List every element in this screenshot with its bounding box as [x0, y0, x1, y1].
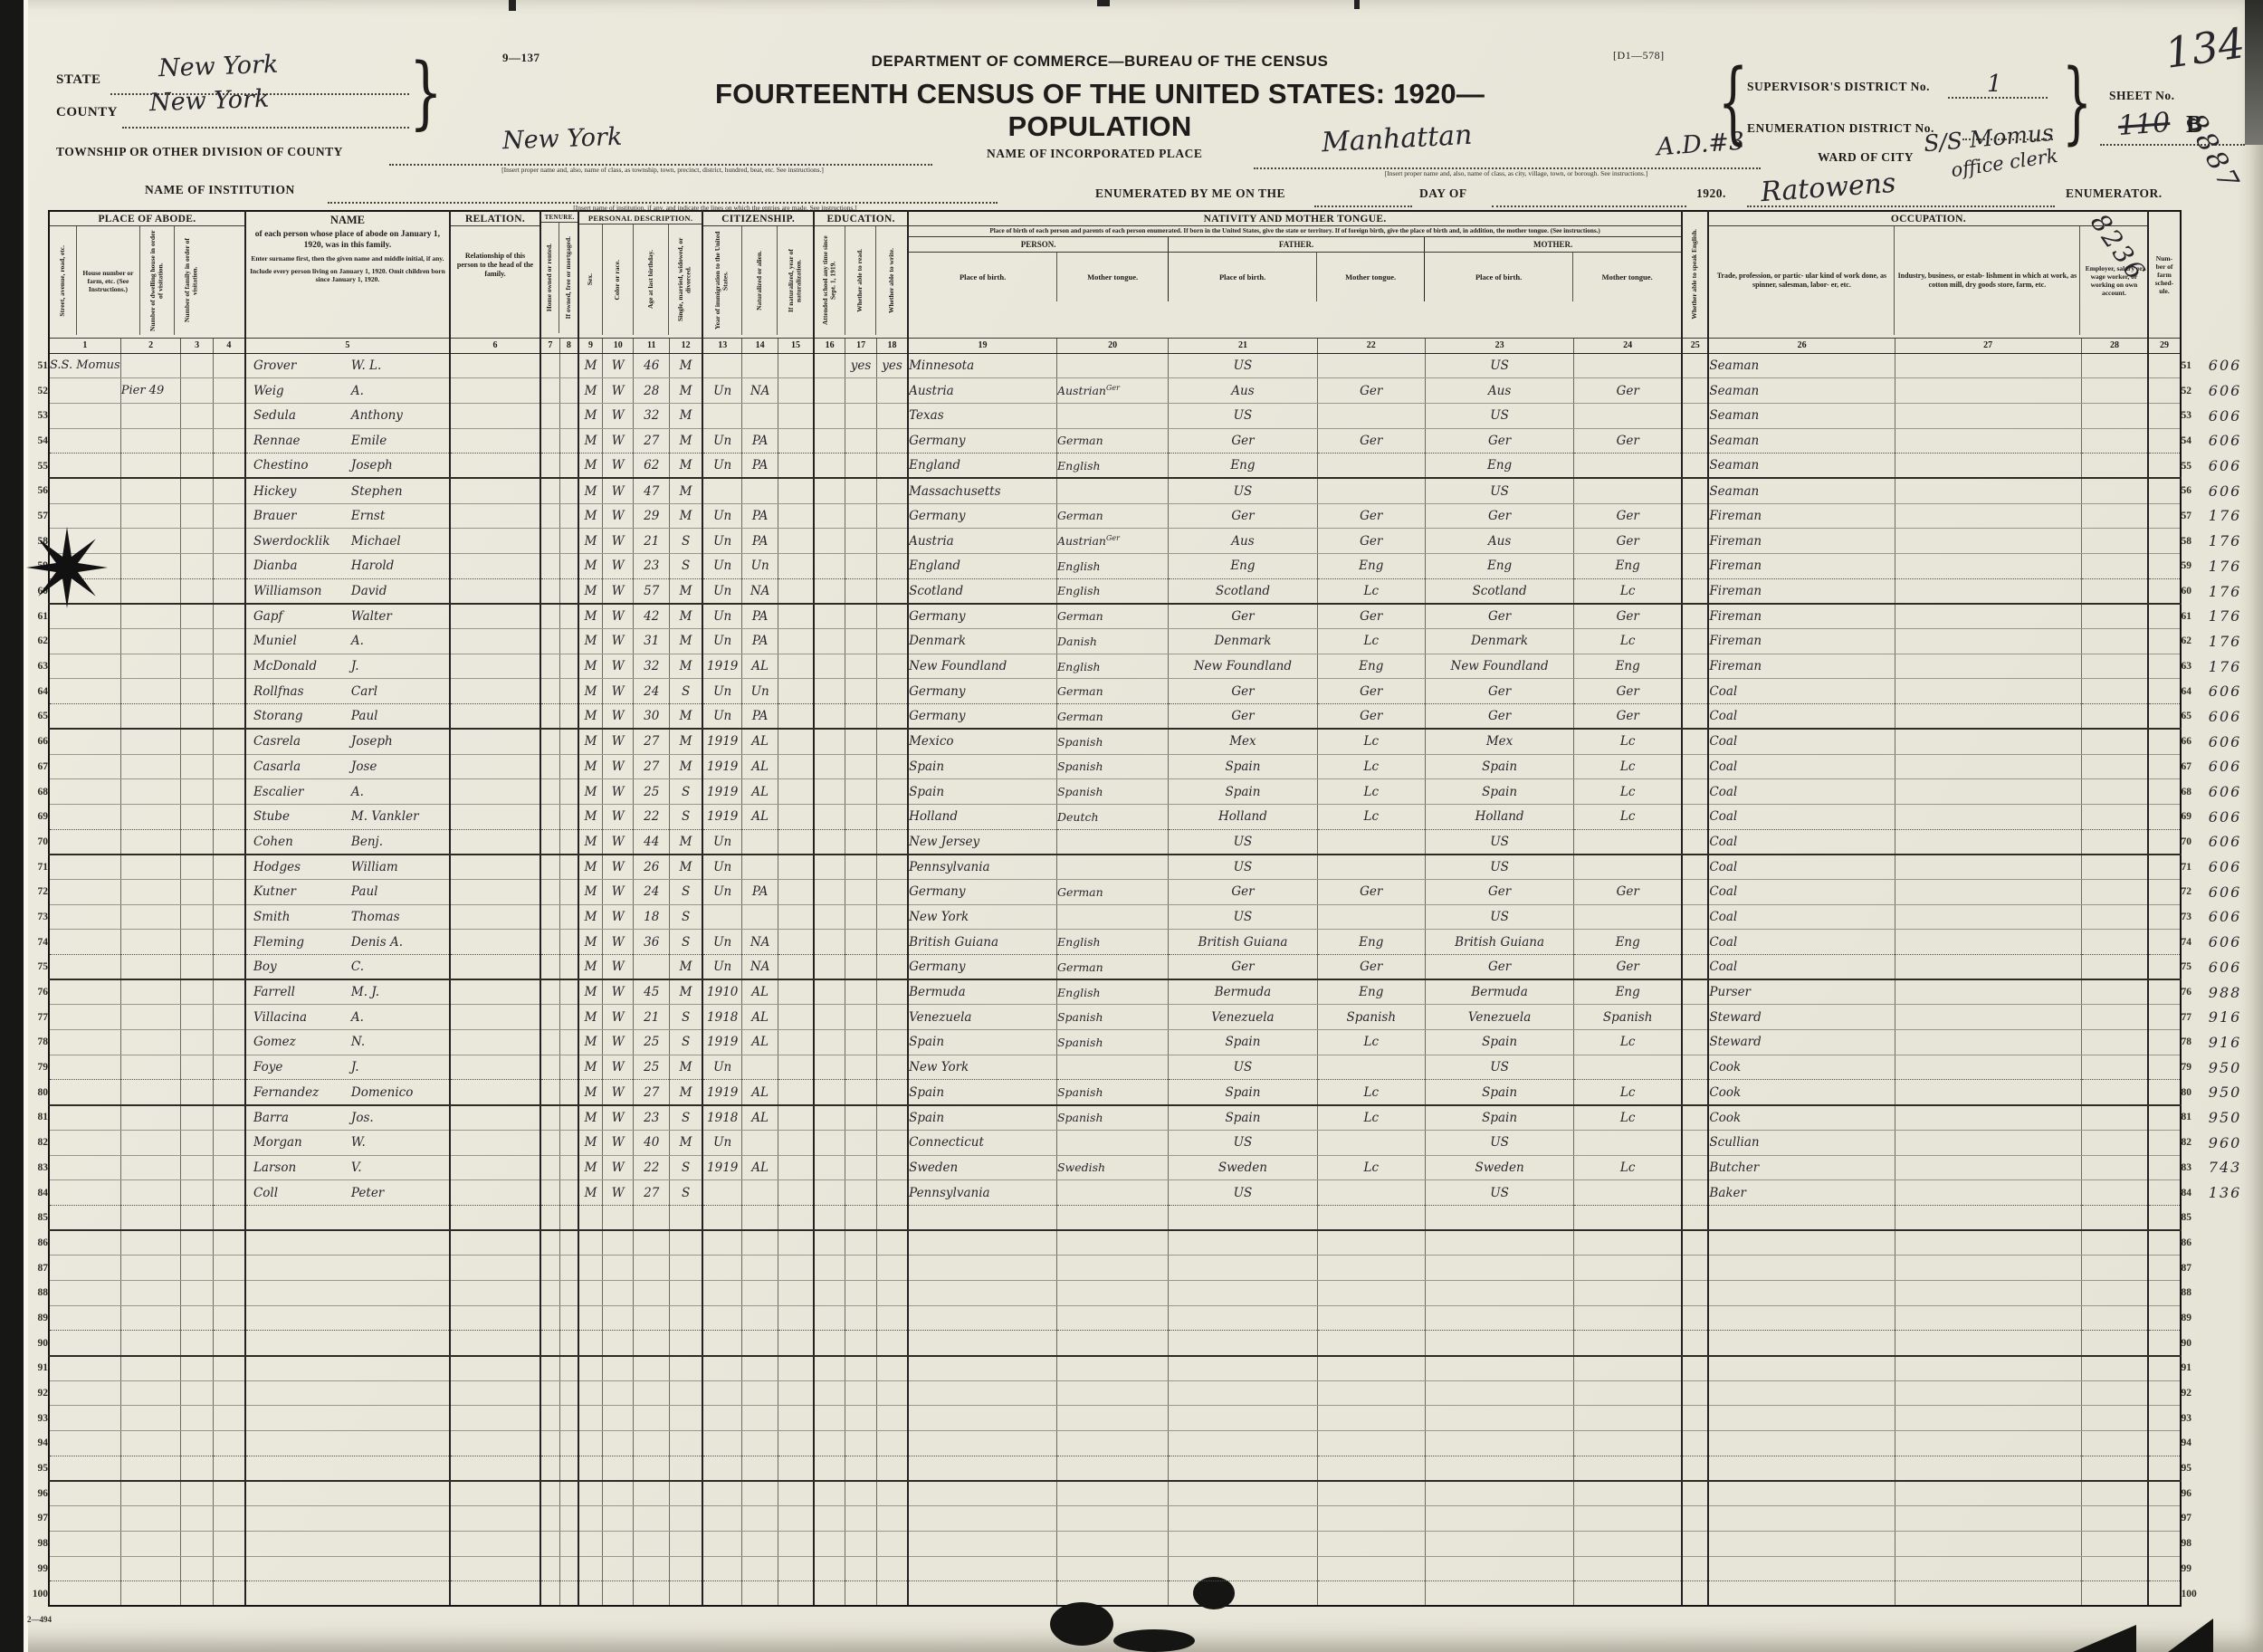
cell-col-16 [814, 1456, 845, 1481]
cell-col-4 [213, 1356, 245, 1381]
cell-col-29 [2148, 779, 2180, 805]
cell-col-3 [181, 353, 213, 378]
cell-col-10: W [602, 754, 634, 779]
cell-col-20 [1056, 1481, 1168, 1506]
county-value: New York [148, 85, 269, 118]
col-24-head: Mother tongue. [1573, 253, 1681, 301]
cell-col-15 [778, 829, 814, 855]
cell-col-10 [602, 1456, 634, 1481]
cell-col-13: Un [702, 879, 742, 904]
cell-col-25 [1682, 1406, 1708, 1431]
cell-col-6 [450, 1130, 540, 1155]
cell-col-11 [634, 1205, 670, 1230]
cell-col-25 [1682, 503, 1708, 529]
cell-col-9: M [578, 1055, 602, 1080]
cell-col-28 [2081, 1331, 2148, 1356]
given-name: M. Vankler [351, 809, 449, 824]
cell-col-24 [1574, 1280, 1682, 1305]
cell-col-14: AL [742, 779, 778, 805]
cell-col-14 [742, 1481, 778, 1506]
cell-col-1 [49, 1030, 120, 1055]
cell-col-15 [778, 1105, 814, 1131]
cell-col-12: S [670, 679, 703, 704]
enumerated-day-line [1314, 205, 1412, 207]
col-12-head: Single, married, widowed, or divorced. [677, 227, 692, 332]
cell-col-2 [120, 679, 181, 704]
cell-col-6 [450, 503, 540, 529]
cell-col-14 [742, 478, 778, 503]
cell-col-21: Ger [1169, 503, 1317, 529]
cell-col-22: Lc [1317, 1080, 1425, 1105]
cell-col-16 [814, 1356, 845, 1381]
cell-col-18 [876, 654, 908, 679]
cell-col-17 [845, 754, 877, 779]
cell-col-21: Spain [1169, 754, 1317, 779]
cell-col-25 [1682, 578, 1708, 604]
cell-col-9 [578, 1331, 602, 1356]
surname: Foye [253, 1060, 351, 1074]
mother-tongue: Austrian [1057, 384, 1106, 397]
cell-col-29 [2148, 503, 2180, 529]
cell-col-5 [245, 1205, 450, 1230]
group-nativity: NATIVITY AND MOTHER TONGUE. Place of bir… [908, 211, 1682, 338]
cell-col-3 [181, 454, 213, 479]
cell-col-19 [908, 1456, 1056, 1481]
occupation-code [2209, 1331, 2262, 1356]
cell-col-23 [1425, 1506, 1573, 1532]
cell-col-6 [450, 1456, 540, 1481]
cell-col-25 [1682, 1005, 1708, 1030]
cell-col-7 [540, 904, 559, 930]
nativity-person-head: PERSON. [909, 237, 1169, 252]
cell-col-28 [2081, 1105, 2148, 1131]
cell-col-8 [559, 679, 578, 704]
cell-col-1 [49, 403, 120, 428]
cell-name: GroverW. L. [245, 353, 450, 378]
cell-col-28 [2081, 1431, 2148, 1456]
cell-col-23 [1425, 1531, 1573, 1556]
cell-col-9 [578, 1280, 602, 1305]
row-number-right: 99 [2181, 1556, 2209, 1581]
row-number-right: 60 [2181, 578, 2209, 604]
cell-col-11 [634, 1456, 670, 1481]
cell-col-23: US [1425, 855, 1573, 880]
cell-col-15 [778, 1256, 814, 1281]
cell-col-24: Ger [1574, 428, 1682, 454]
cell-col-20: AustrianGer [1056, 378, 1168, 404]
occupation-code [2209, 1456, 2262, 1481]
cell-col-11 [634, 955, 670, 980]
cell-col-19: Denmark [908, 629, 1056, 654]
cell-col-4 [213, 904, 245, 930]
cell-col-27 [1895, 353, 2081, 378]
surname: Barra [253, 1111, 351, 1125]
cell-col-29 [2148, 1055, 2180, 1080]
cell-col-22: Eng [1317, 930, 1425, 955]
cell-col-6 [450, 403, 540, 428]
col-23-head: Place of birth. [1425, 253, 1573, 301]
cell-col-3 [181, 804, 213, 829]
cell-col-24 [1574, 454, 1682, 479]
table-row: 77VillacinaA.MW21S1918ALVenezuelaSpanish… [24, 1005, 2262, 1030]
cell-col-7 [540, 829, 559, 855]
cell-col-11 [634, 1356, 670, 1381]
cell-col-8 [559, 1280, 578, 1305]
cell-col-21 [1169, 1531, 1317, 1556]
table-row: 84CollPeterMW27SPennsylvaniaUSUSBaker841… [24, 1180, 2262, 1206]
cell-col-27 [1895, 754, 2081, 779]
cell-col-27 [1895, 1130, 2081, 1155]
cell-col-8 [559, 1331, 578, 1356]
cell-col-23: Spain [1425, 1105, 1573, 1131]
occupation-code: 950 [2209, 1055, 2262, 1080]
cell-col-25 [1682, 1105, 1708, 1131]
table-row: 60WilliamsonDavidMW57MUnNAScotlandEnglis… [24, 578, 2262, 604]
col-25-head: Whether able to speak English. [1691, 229, 1699, 320]
occupation-code: 606 [2209, 428, 2262, 454]
surname: Farrell [253, 985, 351, 999]
cell-col-12: S [670, 554, 703, 579]
cell-col-17 [845, 629, 877, 654]
row-number-left: 73 [24, 904, 49, 930]
cell-col-29 [2148, 604, 2180, 629]
cell-col-7 [540, 454, 559, 479]
cell-col-15 [778, 403, 814, 428]
cell-col-24 [1574, 1556, 1682, 1581]
ward-label: WARD OF CITY [1818, 150, 1914, 165]
cell-col-20 [1056, 353, 1168, 378]
cell-col-6 [450, 1380, 540, 1406]
cell-col-24: Eng [1574, 979, 1682, 1005]
cell-name: McDonaldJ. [245, 654, 450, 679]
col-15-head: If naturalized, year of naturalization. [788, 228, 803, 333]
cell-col-17 [845, 1305, 877, 1331]
cell-col-27 [1895, 478, 2081, 503]
given-name: Joseph [351, 458, 449, 473]
cell-col-28 [2081, 503, 2148, 529]
cell-col-25 [1682, 554, 1708, 579]
cell-col-24: Lc [1574, 1030, 1682, 1055]
cell-col-6 [450, 1406, 540, 1431]
cell-col-27 [1895, 1256, 2081, 1281]
cell-col-11: 36 [634, 930, 670, 955]
cell-col-12: M [670, 1055, 703, 1080]
cell-col-28 [2081, 1205, 2148, 1230]
row-number-right: 90 [2181, 1331, 2209, 1356]
cell-col-17 [845, 1205, 877, 1230]
cell-col-11: 21 [634, 1005, 670, 1030]
cell-col-22: Lc [1317, 1105, 1425, 1131]
cell-col-4 [213, 1406, 245, 1431]
cell-col-5 [245, 1356, 450, 1381]
cell-col-16 [814, 654, 845, 679]
cell-col-3 [181, 879, 213, 904]
cell-col-26: Coal [1708, 829, 1895, 855]
cell-col-2 [120, 1055, 181, 1080]
cell-col-9: M [578, 654, 602, 679]
cell-col-26 [1708, 1406, 1895, 1431]
cell-col-13: Un [702, 1130, 742, 1155]
cell-col-16 [814, 754, 845, 779]
cell-col-15 [778, 654, 814, 679]
cell-col-7 [540, 1030, 559, 1055]
occupation-code: 606 [2209, 704, 2262, 730]
cell-col-27 [1895, 930, 2081, 955]
cell-col-15 [778, 804, 814, 829]
cell-col-28 [2081, 729, 2148, 754]
cell-col-17 [845, 503, 877, 529]
cell-col-3 [181, 1155, 213, 1180]
cell-col-21: US [1169, 829, 1317, 855]
cell-col-16 [814, 1205, 845, 1230]
cell-col-20: Swedish [1056, 1155, 1168, 1180]
cell-col-27 [1895, 1230, 2081, 1256]
cell-col-8 [559, 1356, 578, 1381]
cell-col-10 [602, 1305, 634, 1331]
cell-col-22 [1317, 829, 1425, 855]
cell-col-23: Aus [1425, 378, 1573, 404]
enumeration-district-label: ENUMERATION DISTRICT No. [1747, 121, 1934, 136]
cell-col-27 [1895, 554, 2081, 579]
cell-col-13: 1919 [702, 1030, 742, 1055]
given-name: J. [351, 1060, 449, 1074]
cell-col-19: British Guiana [908, 930, 1056, 955]
cell-col-6 [450, 855, 540, 880]
cell-col-17 [845, 729, 877, 754]
mother-tongue: German [1057, 960, 1103, 974]
cell-col-17 [845, 679, 877, 704]
cell-col-3 [181, 1105, 213, 1131]
cell-col-7 [540, 378, 559, 404]
cell-col-22: Eng [1317, 979, 1425, 1005]
cell-col-10: W [602, 955, 634, 980]
cell-col-12: S [670, 1005, 703, 1030]
cell-col-13: Un [702, 829, 742, 855]
cell-col-27 [1895, 1155, 2081, 1180]
cell-col-17 [845, 654, 877, 679]
cell-col-2 [120, 654, 181, 679]
cell-col-13 [702, 353, 742, 378]
cell-col-20 [1056, 1556, 1168, 1581]
cell-col-1 [49, 1506, 120, 1532]
cell-col-7 [540, 1456, 559, 1481]
cell-col-12: S [670, 1155, 703, 1180]
surname: Williamson [253, 584, 351, 598]
cell-col-16 [814, 428, 845, 454]
cell-col-18 [876, 754, 908, 779]
cell-col-10: W [602, 1155, 634, 1180]
table-row: 54RennaeEmileMW27MUnPAGermanyGermanGerGe… [24, 428, 2262, 454]
table-row: 69StubeM. VanklerMW22S1919ALHollandDeutc… [24, 804, 2262, 829]
row-number-right: 53 [2181, 403, 2209, 428]
cell-col-19: Connecticut [908, 1130, 1056, 1155]
cell-col-25 [1682, 1481, 1708, 1506]
cell-col-29 [2148, 353, 2180, 378]
cell-col-4 [213, 855, 245, 880]
col-3-head: Number of dwelling house in order of vis… [149, 228, 165, 333]
cell-col-26: Cook [1708, 1055, 1895, 1080]
cell-col-20: Spanish [1056, 1005, 1168, 1030]
occupation-code: 606 [2209, 478, 2262, 503]
cell-col-29 [2148, 930, 2180, 955]
cell-col-11: 18 [634, 904, 670, 930]
cell-col-28 [2081, 629, 2148, 654]
cell-col-25 [1682, 1356, 1708, 1381]
cell-col-27 [1895, 904, 2081, 930]
given-name: Denis A. [351, 935, 449, 950]
cell-col-5 [245, 1280, 450, 1305]
cell-col-14 [742, 1180, 778, 1206]
cell-col-25 [1682, 1180, 1708, 1206]
cell-col-20 [1056, 1180, 1168, 1206]
cell-col-27 [1895, 1180, 2081, 1206]
cell-col-6 [450, 930, 540, 955]
cell-col-23: US [1425, 403, 1573, 428]
cell-col-12: S [670, 930, 703, 955]
cell-col-4 [213, 1105, 245, 1131]
cell-col-13 [702, 1481, 742, 1506]
cell-col-12 [670, 1380, 703, 1406]
cell-col-29 [2148, 1356, 2180, 1381]
table-row: 75BoyC.MWMUnNAGermanyGermanGerGerGerGerC… [24, 955, 2262, 980]
cell-col-20: English [1056, 979, 1168, 1005]
cell-col-11: 30 [634, 704, 670, 730]
occupation-code: 960 [2209, 1130, 2262, 1155]
row-number-left: 56 [24, 478, 49, 503]
cell-col-23: British Guiana [1425, 930, 1573, 955]
cell-col-22: Lc [1317, 629, 1425, 654]
cell-col-19: New Jersey [908, 829, 1056, 855]
cell-col-6 [450, 1481, 540, 1506]
given-name: Thomas [351, 910, 449, 924]
cell-col-10: W [602, 1080, 634, 1105]
table-row: 59DianbaHaroldMW23SUnUnEnglandEnglishEng… [24, 554, 2262, 579]
cell-col-22 [1317, 1431, 1425, 1456]
cell-col-6 [450, 1431, 540, 1456]
table-row: 70CohenBenj.MW44MUnNew JerseyUSUSCoal706… [24, 829, 2262, 855]
given-name: Paul [351, 884, 449, 899]
cell-col-24: Ger [1574, 879, 1682, 904]
cell-col-11: 44 [634, 829, 670, 855]
cell-col-17 [845, 1531, 877, 1556]
cell-col-27 [1895, 403, 2081, 428]
cell-col-7 [540, 729, 559, 754]
cell-col-3 [181, 679, 213, 704]
cell-col-28 [2081, 804, 2148, 829]
cell-col-19: Germany [908, 503, 1056, 529]
occupation-code [2209, 1380, 2262, 1406]
cell-col-11 [634, 1256, 670, 1281]
cell-col-12: M [670, 629, 703, 654]
cell-col-2 [120, 454, 181, 479]
cell-col-10: W [602, 879, 634, 904]
cell-col-10: W [602, 779, 634, 805]
cell-col-1 [49, 679, 120, 704]
cell-col-13 [702, 1230, 742, 1256]
cell-col-13: 1919 [702, 1155, 742, 1180]
given-name: Harold [351, 559, 449, 573]
cell-col-5 [245, 1531, 450, 1556]
cell-col-13 [702, 1180, 742, 1206]
cell-col-3 [181, 1080, 213, 1105]
given-name: W. [351, 1135, 449, 1150]
cell-col-21: US [1169, 403, 1317, 428]
cell-col-24 [1574, 1431, 1682, 1456]
mother-tongue: Spanish [1057, 785, 1103, 798]
cell-col-14: AL [742, 654, 778, 679]
cell-col-29 [2148, 1105, 2180, 1131]
cell-col-17 [845, 855, 877, 880]
cell-col-4 [213, 578, 245, 604]
cell-col-12: S [670, 529, 703, 554]
row-number-left: 97 [24, 1506, 49, 1532]
cell-col-19 [908, 1331, 1056, 1356]
cell-col-24: Eng [1574, 930, 1682, 955]
cell-col-13 [702, 1280, 742, 1305]
col-number-17: 17 [845, 338, 877, 353]
cell-col-3 [181, 779, 213, 805]
cell-col-28 [2081, 904, 2148, 930]
cell-col-17 [845, 1005, 877, 1030]
row-number-right: 55 [2181, 454, 2209, 479]
cell-col-18 [876, 1180, 908, 1206]
cell-col-14 [742, 1256, 778, 1281]
cell-col-18 [876, 554, 908, 579]
cell-col-24: Lc [1574, 779, 1682, 805]
cell-col-20 [1056, 1280, 1168, 1305]
cell-col-16 [814, 1305, 845, 1331]
row-number-right: 89 [2181, 1305, 2209, 1331]
cell-col-22 [1317, 855, 1425, 880]
cell-col-4 [213, 1305, 245, 1331]
cell-col-7 [540, 1080, 559, 1105]
col-number-4: 4 [213, 338, 245, 353]
row-number-right: 67 [2181, 754, 2209, 779]
cell-name: FarrellM. J. [245, 979, 450, 1005]
cell-col-14: PA [742, 604, 778, 629]
cell-col-17 [845, 930, 877, 955]
cell-col-25 [1682, 1506, 1708, 1532]
cell-col-16 [814, 1155, 845, 1180]
row-number-right: 51 [2181, 353, 2209, 378]
row-number-right: 59 [2181, 554, 2209, 579]
cell-col-29 [2148, 1005, 2180, 1030]
cell-col-9: M [578, 1030, 602, 1055]
cell-col-10 [602, 1205, 634, 1230]
cell-col-10 [602, 1406, 634, 1431]
cell-col-9 [578, 1380, 602, 1406]
group-title: PLACE OF ABODE. [50, 212, 244, 226]
cell-col-20 [1056, 1130, 1168, 1155]
cell-col-22 [1317, 1230, 1425, 1256]
cell-col-8 [559, 1556, 578, 1581]
cell-col-19: Texas [908, 403, 1056, 428]
cell-col-19 [908, 1581, 1056, 1607]
mother-tongue: Spanish [1057, 735, 1103, 749]
cell-col-7 [540, 1581, 559, 1607]
cell-col-25 [1682, 1030, 1708, 1055]
cell-col-7 [540, 979, 559, 1005]
cell-col-9: M [578, 1130, 602, 1155]
cell-col-3 [181, 1280, 213, 1305]
given-name: A. [351, 1010, 449, 1025]
cell-col-13: 1919 [702, 804, 742, 829]
occupation-code: 743 [2209, 1155, 2262, 1180]
cell-col-19 [908, 1380, 1056, 1406]
table-row: 58SwerdocklikMichaelMW21SUnPAAustriaAust… [24, 529, 2262, 554]
row-number-left: 67 [24, 754, 49, 779]
cell-col-19: Bermuda [908, 979, 1056, 1005]
